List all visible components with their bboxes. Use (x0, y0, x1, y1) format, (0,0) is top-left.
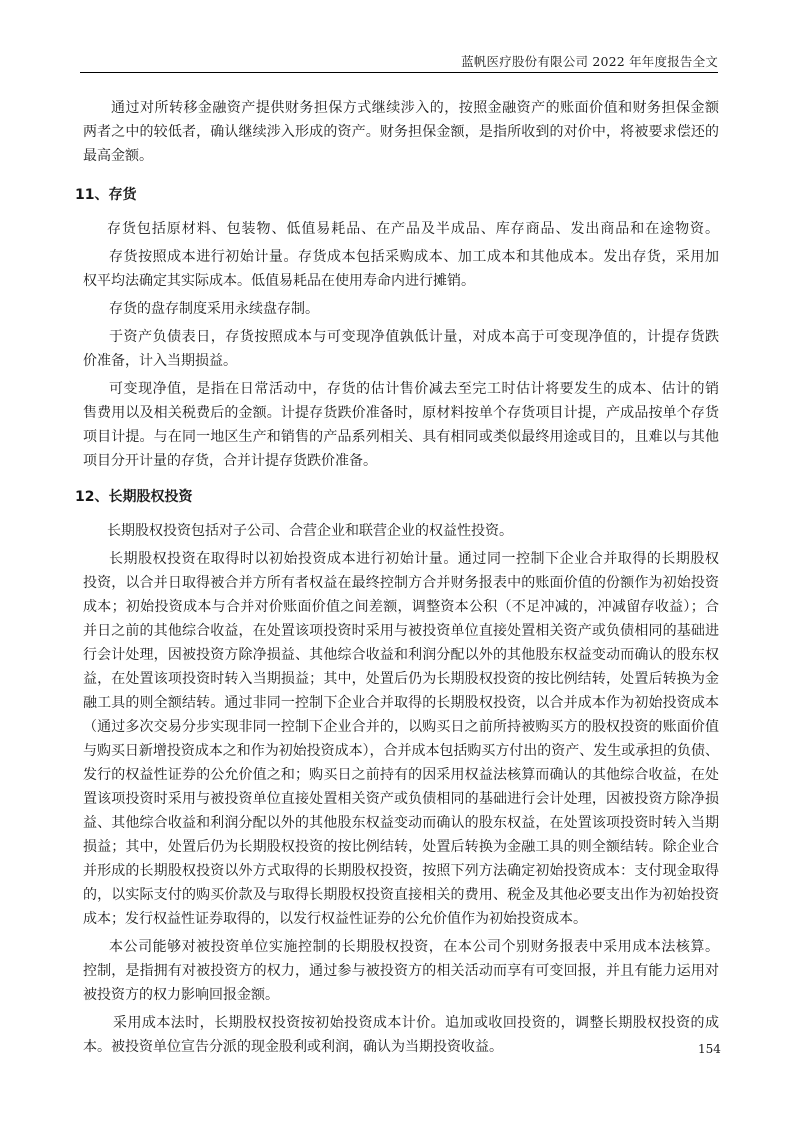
page-header: 蓝帆医疗股份有限公司 2022 年年度报告全文 (80, 52, 718, 73)
paragraph-line: 权平均法确定其实际成本。低值易耗品在使用寿命内进行摊销。 (83, 273, 475, 289)
paragraph-line: 融工具的则全额结转。通过非同一控制下企业合并取得的长期股权投资，以合并成本作为初… (83, 695, 719, 711)
paragraph-line: 售费用以及相关税费后的金额。计提存货跌价准备时，原材料按单个存货项目计提，产成品… (83, 405, 719, 421)
paragraph-line: 本。被投资单位宣告分派的现金股利或利润，确认为当期投资收益。 (83, 1039, 503, 1055)
paragraph-line: 控制，是指拥有对被投资方的权力，通过参与被投资方的相关活动而享有可变回报，并且有… (83, 963, 719, 979)
paragraph-line: 存货的盘存制度采用永续盘存制。 (109, 301, 319, 317)
paragraph-line: 与购买日新增投资成本之和作为初始投资成本），合并成本包括购买方付出的资产、发生或… (83, 743, 719, 759)
paragraph-line: 投资，以合并日取得被合并方所有者权益在最终控制方合并财务报表中的账面价值的份额作… (83, 575, 719, 591)
paragraph-line: 最高金额。 (83, 148, 153, 164)
paragraph-line: 长期股权投资包括对子公司、合营企业和联营企业的权益性投资。 (107, 523, 513, 539)
paragraph-line: 损益；其中，处置后仍为长期股权投资的按比例结转，处置后转换为金融工具的则全额结转… (83, 839, 719, 855)
paragraph-line: 项目分开计量的存货，合并计提存货跌价准备。 (83, 453, 377, 469)
header-title: 蓝帆医疗股份有限公司 2022 年年度报告全文 (461, 52, 718, 70)
paragraph-line: （通过多次交易分步实现非同一控制下企业合并的，以购买日之前所持被购买方的股权投资… (83, 719, 719, 735)
paragraph-line: 存货按照成本进行初始计量。存货成本包括采购成本、加工成本和其他成本。发出存货，采… (109, 249, 720, 265)
section-heading: 12、长期股权投资 (75, 486, 192, 506)
paragraph-line: 发行的权益性证券的公允价值之和；购买日之前持有的因采用权益法核算而确认的其他综合… (83, 767, 719, 783)
paragraph-line: 并形成的长期股权投资以外方式取得的长期股权投资，按照下列方法确定初始投资成本：支… (83, 863, 719, 879)
paragraph-line: 存货包括原材料、包装物、低值易耗品、在产品及半成品、库存商品、发出商品和在途物资… (107, 221, 720, 237)
paragraph-line: 益，在处置该项投资时转入当期损益；其中，处置后仍为长期股权投资的按比例结转，处置… (83, 671, 719, 687)
paragraph-line: 被投资方的权力影响回报金额。 (83, 987, 279, 1003)
paragraph-line: 成本；发行权益性证券取得的，以发行权益性证券的公允价值作为初始投资成本。 (83, 911, 587, 927)
paragraph-line: 本公司能够对被投资单位实施控制的长期股权投资，在本公司个别财务报表中采用成本法核… (109, 939, 720, 955)
paragraph-line: 益、其他综合收益和利润分配以外的其他股东权益变动而确认的股东权益，在处置该项投资… (83, 815, 719, 831)
section-heading: 11、存货 (75, 184, 136, 204)
paragraph-line: 行会计处理，因被投资方除净损益、其他综合收益和利润分配以外的其他股东权益变动而确… (83, 647, 719, 663)
paragraph-line: 项目计提。与在同一地区生产和销售的产品系列相关、具有相同或类似最终用途或目的，且… (83, 429, 719, 445)
paragraph-line: 并日之前的其他综合收益，在处置该项投资时采用与被投资单位直接处置相关资产或负债相… (83, 623, 719, 639)
paragraph-line: 长期股权投资在取得时以初始投资成本进行初始计量。通过同一控制下企业合并取得的长期… (109, 551, 720, 567)
paragraph-line: 价准备，计入当期损益。 (83, 353, 237, 369)
paragraph-line: 可变现净值，是指在日常活动中，存货的估计售价减去至完工时估计将要发生的成本、估计… (109, 381, 720, 397)
paragraph-line: 采用成本法时，长期股权投资按初始投资成本计价。追加或收回投资的，调整长期股权投资… (113, 1015, 719, 1031)
paragraph-line: 置该项投资时采用与被投资单位直接处置相关资产或负债相同的基础进行会计处理，因被投… (83, 791, 719, 807)
paragraph-line: 两者之中的较低者，确认继续涉入形成的资产。财务担保金额，是指所收到的对价中，将被… (83, 124, 719, 140)
paragraph-line: 的，以实际支付的购买价款及与取得长期股权投资直接相关的费用、税金及其他必要支出作… (83, 887, 719, 903)
page-number: 154 (698, 1042, 721, 1056)
paragraph-line: 通过对所转移金融资产提供财务担保方式继续涉入的，按照金融资产的账面价值和财务担保… (111, 100, 720, 116)
paragraph-line: 于资产负债表日，存货按照成本与可变现净值孰低计量，对成本高于可变现净值的，计提存… (109, 329, 720, 345)
paragraph-line: 成本；初始投资成本与合并对价账面价值之间差额，调整资本公积（不足冲减的，冲减留存… (83, 599, 719, 615)
